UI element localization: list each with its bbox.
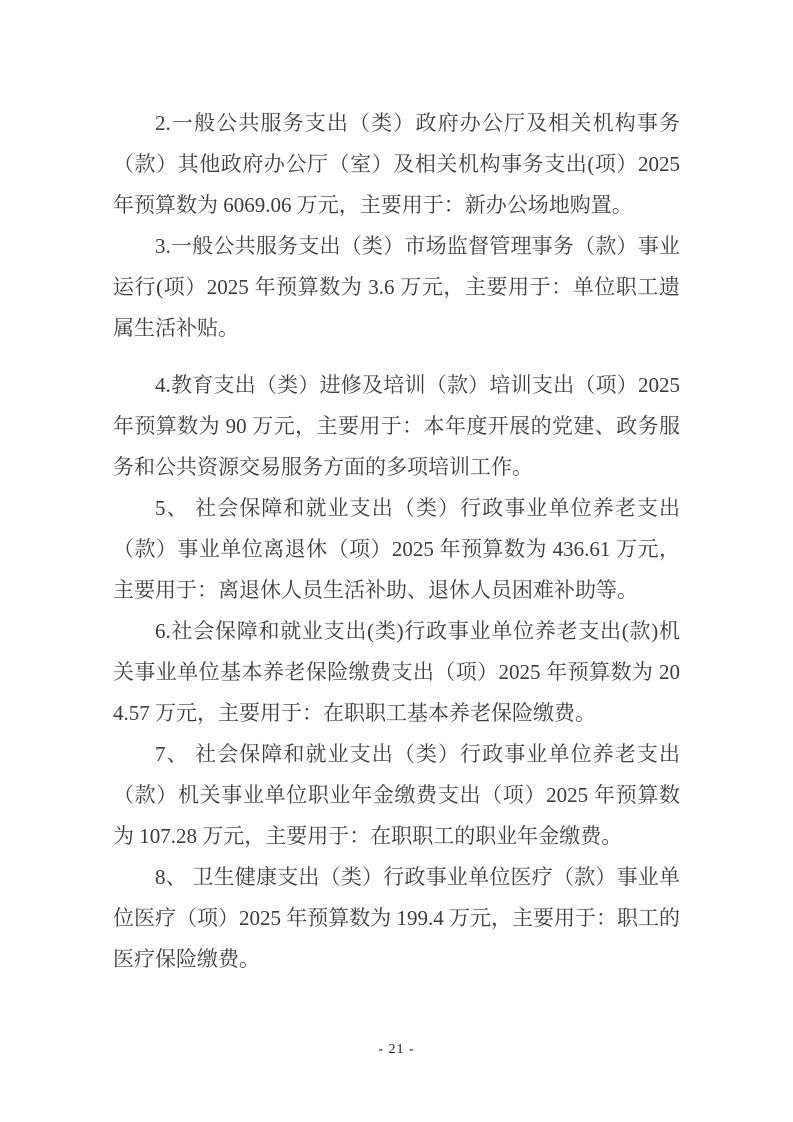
document-page: 2.一般公共服务支出（类）政府办公厅及相关机构事务（款）其他政府办公厅（室）及相…: [0, 0, 793, 1122]
budget-item-paragraph-8: 8、 卫生健康支出（类）行政事业单位医疗（款）事业单位医疗（项）2025 年预算…: [113, 857, 680, 980]
page-number: - 21 -: [0, 1042, 793, 1058]
budget-item-paragraph-2: 2.一般公共服务支出（类）政府办公厅及相关机构事务（款）其他政府办公厅（室）及相…: [113, 103, 680, 226]
budget-item-paragraph-5: 5、 社会保障和就业支出（类）行政事业单位养老支出（款）事业单位离退休（项）20…: [113, 488, 680, 611]
budget-item-paragraph-7: 7、 社会保障和就业支出（类）行政事业单位养老支出（款）机关事业单位职业年金缴费…: [113, 734, 680, 857]
budget-item-paragraph-3: 3.一般公共服务支出（类）市场监督管理事务（款）事业运行(项）2025 年预算数…: [113, 226, 680, 349]
budget-item-paragraph-4: 4.教育支出（类）进修及培训（款）培训支出（项）2025 年预算数为 90 万元…: [113, 365, 680, 488]
document-body: 2.一般公共服务支出（类）政府办公厅及相关机构事务（款）其他政府办公厅（室）及相…: [113, 103, 680, 980]
budget-item-paragraph-6: 6.社会保障和就业支出(类)行政事业单位养老支出(款)机关事业单位基本养老保险缴…: [113, 611, 680, 734]
